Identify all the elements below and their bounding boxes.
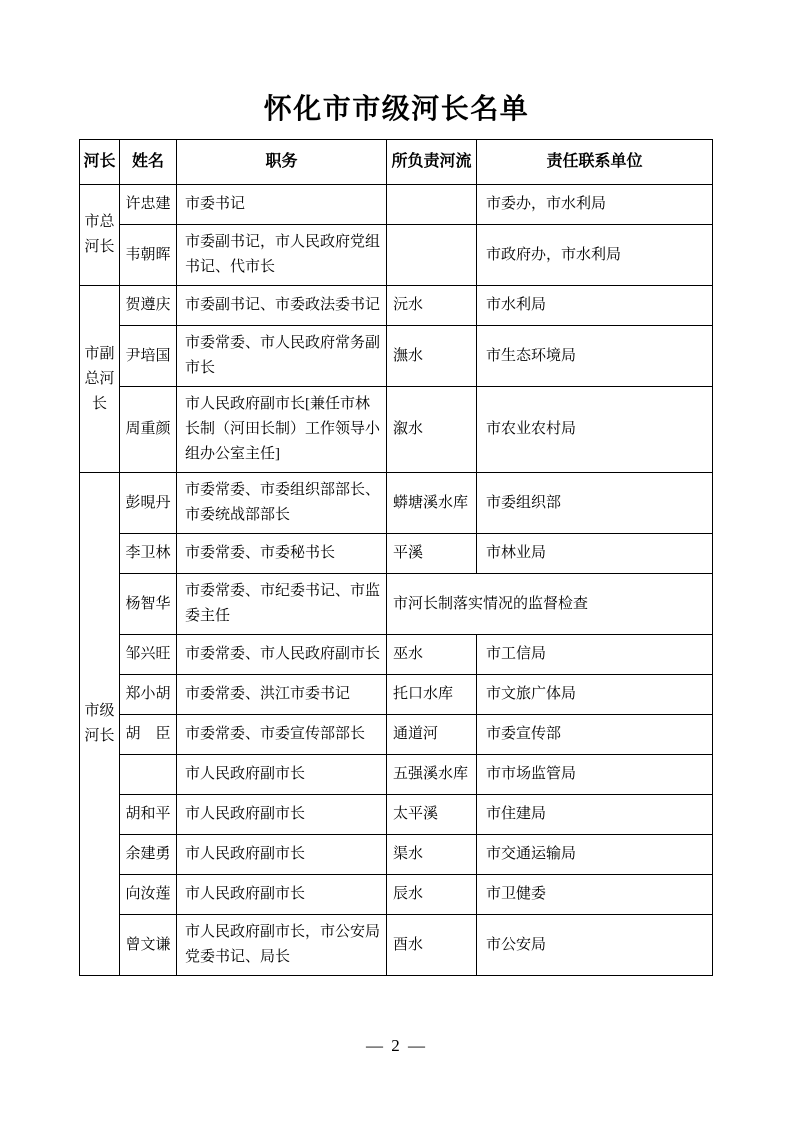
document-page: 怀化市市级河长名单 河长姓名职务所负责河流责任联系单位 市总河长许忠建市委书记市… [0,0,793,1122]
unit-cell: 市林业局 [477,534,713,574]
position-cell: 市委常委、市人民政府常务副市长 [177,326,387,387]
river-cell: 渠水 [387,835,477,875]
unit-cell: 市生态环境局 [477,326,713,387]
position-cell: 市委常委、市委组织部部长、市委统战部部长 [177,473,387,534]
position-cell: 市委常委、市人民政府副市长 [177,635,387,675]
column-header-responsible-river: 所负责河流 [387,140,477,185]
position-cell: 市人民政府副市长 [177,795,387,835]
name-cell: 贺遵庆 [120,286,177,326]
unit-cell: 市市场监管局 [477,755,713,795]
column-header-river-chief: 河长 [80,140,120,185]
position-cell: 市人民政府副市长，市公安局党委书记、局长 [177,915,387,976]
table-row: 胡和平市人民政府副市长太平溪市住建局 [80,795,713,835]
table-row: 胡 臣市委常委、市委宣传部部长通道河市委宣传部 [80,715,713,755]
unit-cell: 市委办，市水利局 [477,185,713,225]
unit-cell: 市交通运输局 [477,835,713,875]
table-row: 市人民政府副市长五强溪水库市市场监管局 [80,755,713,795]
name-cell: 许忠建 [120,185,177,225]
unit-cell: 市政府办，市水利局 [477,225,713,286]
river-cell: 五强溪水库 [387,755,477,795]
name-cell: 胡和平 [120,795,177,835]
name-cell [120,755,177,795]
unit-cell: 市住建局 [477,795,713,835]
name-cell: 李卫林 [120,534,177,574]
table-row: 周重颜市人民政府副市长[兼任市林长制（河田长制）工作领导小组办公室主任]溆水市农… [80,387,713,473]
position-cell: 市人民政府副市长 [177,835,387,875]
river-chief-table: 河长姓名职务所负责河流责任联系单位 市总河长许忠建市委书记市委办，市水利局韦朝晖… [79,139,713,976]
river-cell: 蟒塘溪水库 [387,473,477,534]
river-cell: 平溪 [387,534,477,574]
unit-cell: 市工信局 [477,635,713,675]
group-cell: 市级河长 [80,473,120,976]
table-row: 郑小胡市委常委、洪江市委书记托口水库市文旅广体局 [80,675,713,715]
river-cell: 辰水 [387,875,477,915]
table-row: 向汝莲市人民政府副市长辰水市卫健委 [80,875,713,915]
unit-cell: 市文旅广体局 [477,675,713,715]
table-row: 邹兴旺市委常委、市人民政府副市长巫水市工信局 [80,635,713,675]
river-cell [387,225,477,286]
name-cell: 杨智华 [120,574,177,635]
unit-cell: 市农业农村局 [477,387,713,473]
column-header-responsible-unit: 责任联系单位 [477,140,713,185]
river-cell: 太平溪 [387,795,477,835]
name-cell: 余建勇 [120,835,177,875]
name-cell: 尹培国 [120,326,177,387]
group-cell: 市副总河长 [80,286,120,473]
table-row: 市级河长彭晛丹市委常委、市委组织部部长、市委统战部部长蟒塘溪水库市委组织部 [80,473,713,534]
river-cell: 潕水 [387,326,477,387]
name-cell: 周重颜 [120,387,177,473]
table-row: 韦朝晖市委副书记，市人民政府党组书记、代市长市政府办，市水利局 [80,225,713,286]
unit-cell: 市水利局 [477,286,713,326]
position-cell: 市委常委、洪江市委书记 [177,675,387,715]
river-cell: 溆水 [387,387,477,473]
name-cell: 郑小胡 [120,675,177,715]
name-cell: 向汝莲 [120,875,177,915]
position-cell: 市委书记 [177,185,387,225]
unit-cell: 市委组织部 [477,473,713,534]
name-cell: 邹兴旺 [120,635,177,675]
table-row: 市副总河长贺遵庆市委副书记、市委政法委书记沅水市水利局 [80,286,713,326]
position-cell: 市委副书记、市委政法委书记 [177,286,387,326]
position-cell: 市人民政府副市长 [177,875,387,915]
table-row: 市总河长许忠建市委书记市委办，市水利局 [80,185,713,225]
river-cell: 巫水 [387,635,477,675]
river-cell: 托口水库 [387,675,477,715]
river-cell: 沅水 [387,286,477,326]
table-row: 余建勇市人民政府副市长渠水市交通运输局 [80,835,713,875]
table-row: 曾文谦市人民政府副市长，市公安局党委书记、局长酉水市公安局 [80,915,713,976]
name-cell: 胡 臣 [120,715,177,755]
name-cell: 韦朝晖 [120,225,177,286]
name-cell: 曾文谦 [120,915,177,976]
position-cell: 市委常委、市委秘书长 [177,534,387,574]
unit-cell: 市公安局 [477,915,713,976]
table-row: 李卫林市委常委、市委秘书长平溪市林业局 [80,534,713,574]
group-cell: 市总河长 [80,185,120,286]
merged-note-cell: 市河长制落实情况的监督检查 [387,574,713,635]
column-header-name: 姓名 [120,140,177,185]
table-row: 尹培国市委常委、市人民政府常务副市长潕水市生态环境局 [80,326,713,387]
table-row: 杨智华市委常委、市纪委书记、市监委主任市河长制落实情况的监督检查 [80,574,713,635]
position-cell: 市委常委、市委宣传部部长 [177,715,387,755]
unit-cell: 市委宣传部 [477,715,713,755]
name-cell: 彭晛丹 [120,473,177,534]
river-cell [387,185,477,225]
page-number: — 2 — [0,1036,793,1056]
river-cell: 酉水 [387,915,477,976]
table-header-row: 河长姓名职务所负责河流责任联系单位 [80,140,713,185]
unit-cell: 市卫健委 [477,875,713,915]
page-title: 怀化市市级河长名单 [0,0,793,127]
river-cell: 通道河 [387,715,477,755]
position-cell: 市人民政府副市长 [177,755,387,795]
position-cell: 市人民政府副市长[兼任市林长制（河田长制）工作领导小组办公室主任] [177,387,387,473]
column-header-position: 职务 [177,140,387,185]
position-cell: 市委常委、市纪委书记、市监委主任 [177,574,387,635]
position-cell: 市委副书记，市人民政府党组书记、代市长 [177,225,387,286]
